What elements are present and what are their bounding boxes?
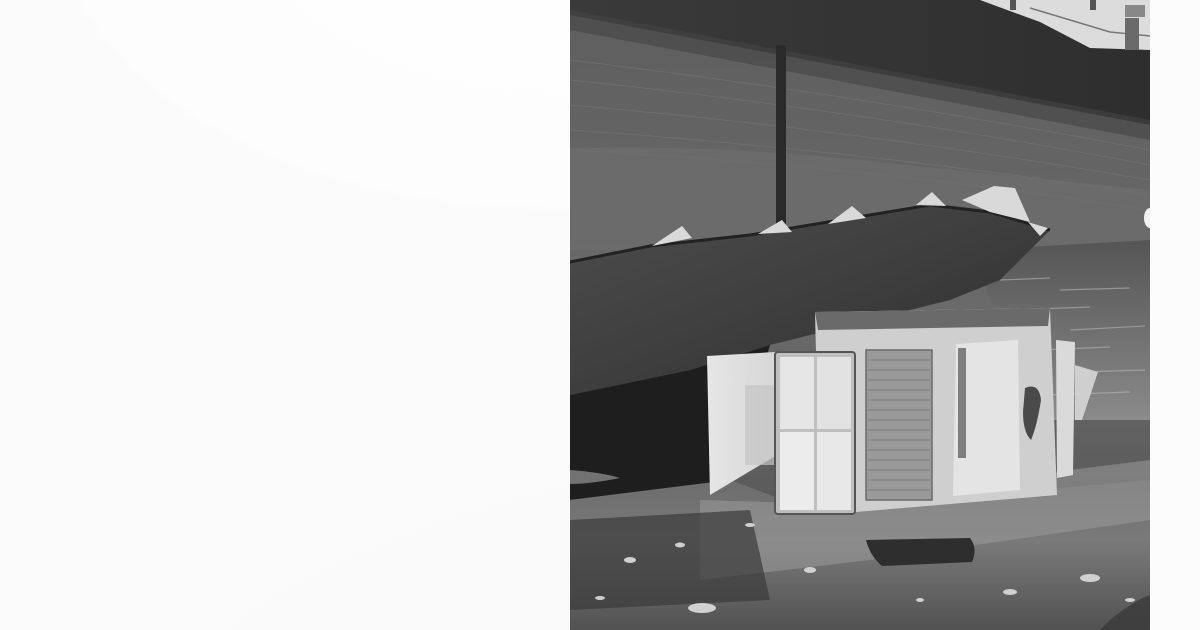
blank-left-panel bbox=[0, 0, 570, 630]
share-card bbox=[0, 0, 1200, 630]
log bbox=[866, 538, 975, 566]
hero-photo bbox=[570, 0, 1150, 630]
blank-right-margin bbox=[1150, 0, 1200, 630]
photo-illustration bbox=[570, 0, 1150, 630]
pole bbox=[776, 45, 786, 230]
